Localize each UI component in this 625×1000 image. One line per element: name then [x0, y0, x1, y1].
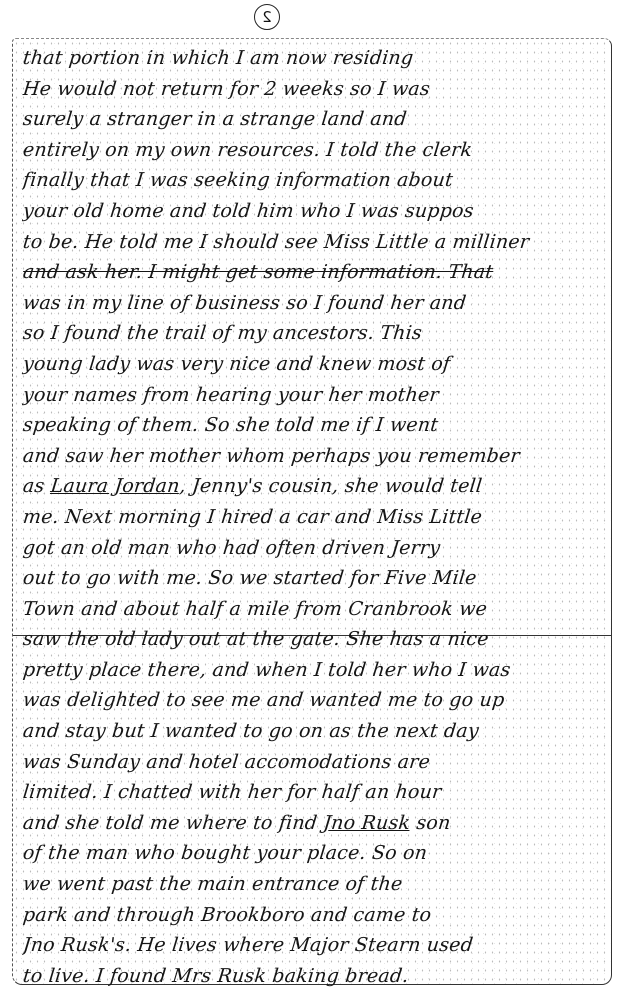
letter-sheet: that portion in which I am now residingH… — [12, 38, 612, 985]
letter-line: entirely on my own resources. I told the… — [21, 135, 606, 166]
underlined-name: Jno Rusk — [322, 812, 411, 834]
letter-line: was in my line of business so I found he… — [21, 288, 606, 319]
letter-line: was delighted to see me and wanted me to… — [21, 685, 606, 716]
letter-line: as Laura Jordan, Jenny's cousin, she wou… — [21, 471, 606, 502]
letter-line: young lady was very nice and knew most o… — [21, 349, 606, 380]
line-text: and she told me where to find — [22, 812, 325, 834]
letter-line: was Sunday and hotel accomodations are — [21, 747, 606, 778]
letter-line: out to go with me. So we started for Fiv… — [21, 563, 606, 594]
letter-line: finally that I was seeking information a… — [21, 165, 606, 196]
letter-line: got an old man who had often driven Jerr… — [21, 533, 606, 564]
letter-line: of the man who bought your place. So on — [21, 838, 606, 869]
letter-line: and stay but I wanted to go on as the ne… — [21, 716, 606, 747]
letter-line: and saw her mother whom perhaps you reme… — [21, 441, 606, 472]
line-text: son — [409, 812, 452, 834]
letter-body: that portion in which I am now residingH… — [23, 43, 605, 991]
letter-line: to live. I found Mrs Rusk baking bread. — [21, 961, 606, 992]
letter-line: surely a stranger in a strange land and — [21, 104, 606, 135]
struck-text: and ask her. I might get some informatio… — [22, 261, 494, 283]
letter-line: Jno Rusk's. He lives where Major Stearn … — [21, 930, 606, 961]
letter-line: your old home and told him who I was sup… — [21, 196, 606, 227]
letter-line: Town and about half a mile from Cranbroo… — [21, 594, 606, 625]
letter-line: park and through Brookboro and came to — [21, 900, 606, 931]
underlined-name: Laura Jordan — [50, 475, 181, 497]
letter-line: and ask her. I might get some informatio… — [21, 257, 606, 288]
letter-line: and she told me where to find Jno Rusk s… — [21, 808, 606, 839]
line-text: as — [22, 475, 52, 497]
letter-line: He would not return for 2 weeks so I was — [21, 74, 606, 105]
letter-line: so I found the trail of my ancestors. Th… — [21, 318, 606, 349]
letter-line: we went past the main entrance of the — [21, 869, 606, 900]
letter-line: to be. He told me I should see Miss Litt… — [21, 227, 606, 258]
line-text: , Jenny's cousin, she would tell — [179, 475, 484, 497]
letter-line: me. Next morning I hired a car and Miss … — [21, 502, 606, 533]
letter-line: pretty place there, and when I told her … — [21, 655, 606, 686]
page-number: 2 — [254, 4, 280, 30]
letter-line: speaking of them. So she told me if I we… — [21, 410, 606, 441]
letter-line: limited. I chatted with her for half an … — [21, 777, 606, 808]
letter-line: that portion in which I am now residing — [21, 43, 606, 74]
letter-line: saw the old lady out at the gate. She ha… — [21, 624, 606, 655]
letter-line: your names from hearing your her mother — [21, 380, 606, 411]
